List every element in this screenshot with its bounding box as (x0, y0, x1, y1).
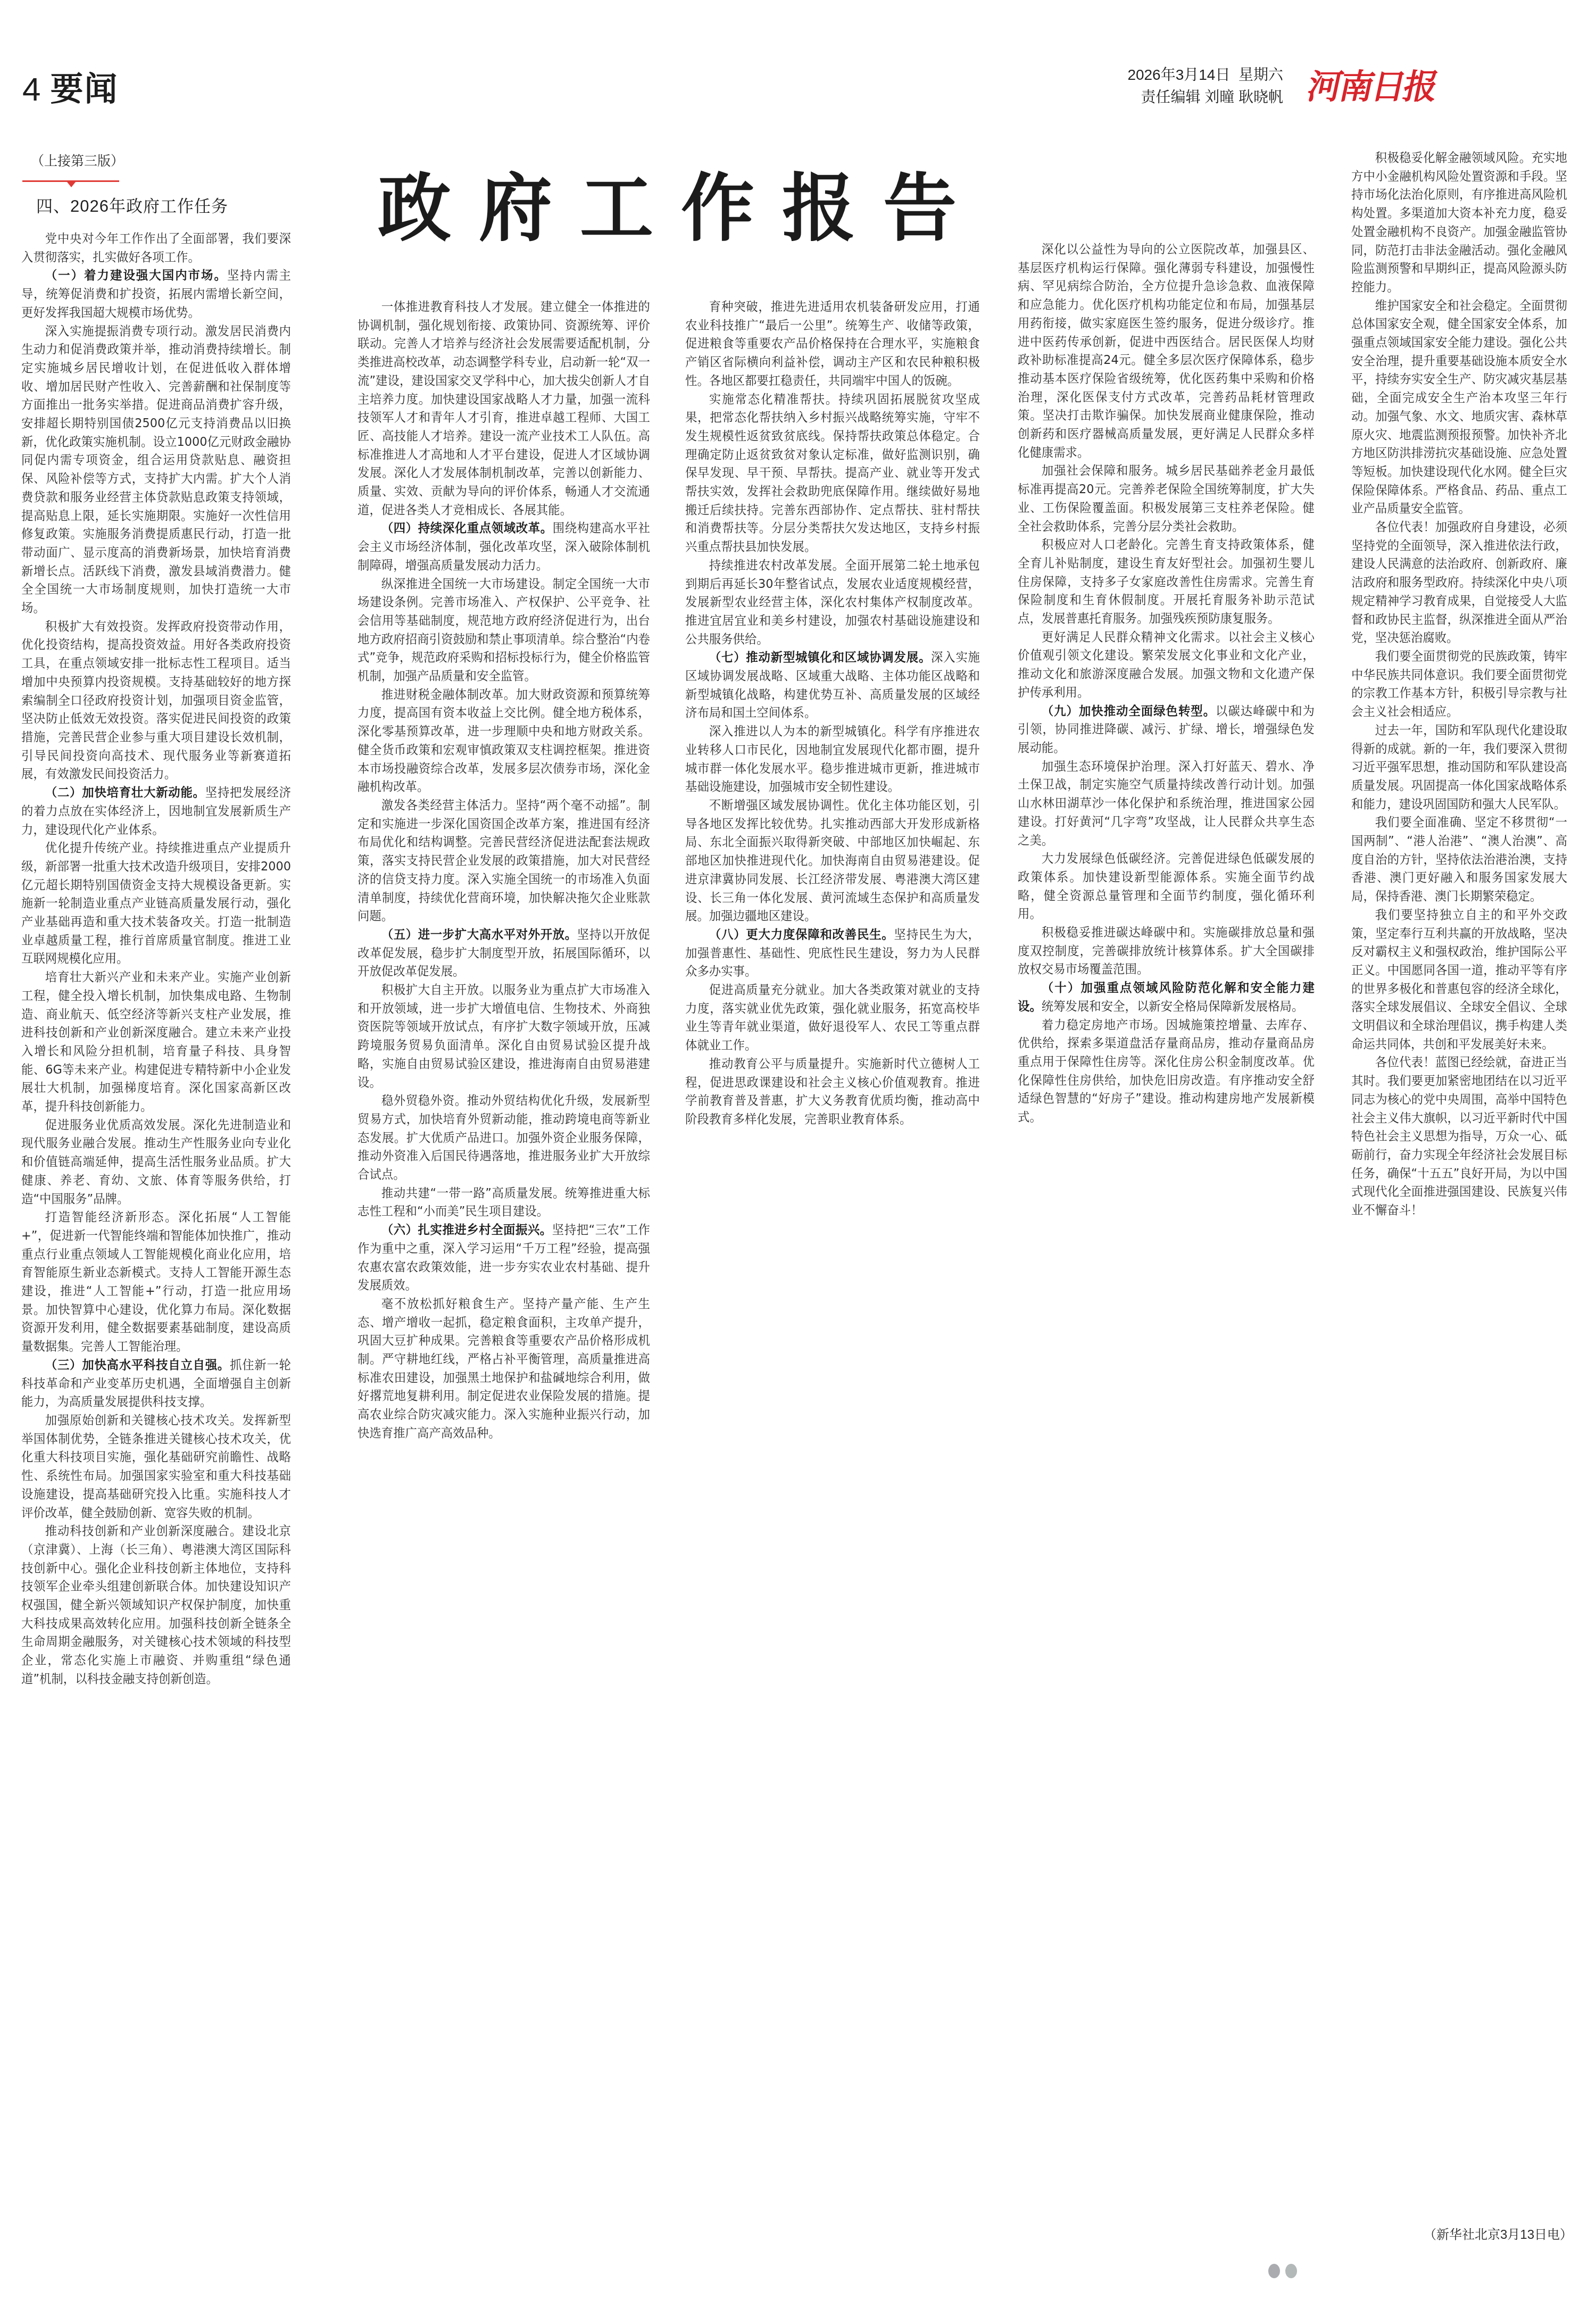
paragraph: 育种突破，推进先进适用农机装备研发应用，打通农业科技推广“最后一公里”。统筹生产… (685, 298, 980, 391)
issue-date: 2026年3月14日 (1127, 67, 1230, 83)
paragraph: 党中央对今年工作作出了全面部署，我们要深入贯彻落实，扎实做好各项工作。 (21, 230, 291, 267)
paragraph-text: 推动科技创新和产业创新深度融合。建设北京（京津冀）、上海（长三角）、粤港澳大湾区… (21, 1524, 291, 1686)
paragraph-text: 党中央对今年工作作出了全面部署，我们要深入贯彻落实，扎实做好各项工作。 (21, 232, 291, 264)
paragraph-text: 积极应对人口老龄化。完善生育支持政策体系，健全育儿补贴制度，建设生育友好型社会。… (1018, 538, 1315, 626)
dot-icon (1285, 2264, 1297, 2278)
section-paragraph: （六）扎实推进乡村全面振兴。坚持把“三农”工作作为重中之重，深入学习运用“千万工… (358, 1221, 650, 1295)
masthead-logo: 河南日报 (1303, 60, 1442, 109)
page-number: 4 (22, 71, 41, 108)
subsection-heading: （五）进一步扩大高水平对外开放。 (381, 928, 577, 942)
text-column-4: 深化以公益性为导向的公立医院改革，加强县区、基层医疗机构运行保障。强化薄弱专科建… (1018, 240, 1315, 2209)
subsection-heading: （四）持续深化重点领域改革。 (381, 521, 553, 535)
paragraph-text: 更好满足人民群众精神文化需求。以社会主义核心价值观引领文化建设。繁荣发展文化事业… (1018, 630, 1315, 700)
section-paragraph: （八）更大力度保障和改善民生。坚持民生为大，加强普惠性、基础性、兜底性民生建设，… (685, 926, 980, 981)
dot-icon (1268, 2264, 1280, 2278)
paragraph-text: 统筹发展和安全，以新安全格局保障新发展格局。 (1042, 1000, 1304, 1014)
section-paragraph: （三）加快高水平科技自立自强。抓住新一轮科技革命和产业变革历史机遇，全面增强自主… (21, 1356, 291, 1412)
paragraph: 纵深推进全国统一大市场建设。制定全国统一大市场建设条例。完善市场准入、产权保护、… (358, 575, 650, 686)
text-column-2: 一体推进教育科技人才发展。建立健全一体推进的协调机制，强化规划衔接、政策协同、资… (358, 298, 650, 2235)
section-paragraph: （七）推动新型城镇化和区域协调发展。深入实施区域协调发展战略、区域重大战略、主体… (685, 649, 980, 723)
paragraph: 积极稳妥推进碳达峰碳中和。实施碳排放总量和强度双控制度，完善碳排放统计核算体系。… (1018, 924, 1315, 979)
subsection-heading: （八）更大力度保障和改善民生。 (709, 928, 894, 942)
paragraph-text: 纵深推进全国统一大市场建设。制定全国统一大市场建设条例。完善市场准入、产权保护、… (358, 577, 650, 684)
section-paragraph: （一）着力建设强大国内市场。坚持内需主导，统筹促消费和扩投资，拓展内需增长新空间… (21, 267, 291, 322)
issue-meta: 2026年3月14日 星期六 责任编辑 刘曈 耿晓帆 (1127, 64, 1283, 109)
editor-label: 责任编辑 (1141, 89, 1200, 105)
paragraph-text: 深化以公益性为导向的公立医院改革，加强县区、基层医疗机构运行保障。强化薄弱专科建… (1018, 243, 1315, 460)
continued-note: （上接第三版） (31, 151, 124, 170)
paragraph: 各位代表！加强政府自身建设，必须坚持党的全面领导，深入推进依法行政，建设人民满意… (1351, 518, 1567, 647)
headline-block: 政府工作报告 (330, 160, 1032, 245)
paragraph-text: 深入实施提振消费专项行动。激发居民消费内生动力和促消费政策并举，推动消费持续增长… (21, 325, 291, 616)
paragraph-text: 大力发展绿色低碳经济。完善促进绿色低碳发展的政策体系。加快建设新型能源体系。实施… (1018, 852, 1315, 921)
subsection-heading: （一）着力建设强大国内市场。 (45, 269, 227, 283)
paragraph: 过去一年，国防和军队现代化建设取得新的成就。新的一年，我们要深入贯彻习近平强军思… (1351, 721, 1567, 814)
paragraph: 加强生态环境保护治理。深入打好蓝天、碧水、净土保卫战，制定实施空气质量持续改善行… (1018, 758, 1315, 850)
paragraph-text: 深入推进以人为本的新型城镇化。科学有序推进农业转移人口市民化，因地制宜发展现代化… (685, 725, 980, 794)
paragraph: 积极扩大有效投资。发挥政府投资带动作用，优化投资结构，提高投资效益。用好各类政府… (21, 618, 291, 784)
paragraph: 加强原始创新和关键核心技术攻关。发挥新型举国体制优势，全链条推进关键核心技术攻关… (21, 1412, 291, 1522)
paragraph-text: 推动教育公平与质量提升。实施新时代立德树人工程，促进思政课建设和社会主义核心价值… (685, 1057, 980, 1126)
section-paragraph: （四）持续深化重点领域改革。围绕构建高水平社会主义市场经济体制，强化改革攻坚，深… (358, 519, 650, 575)
paragraph-text: 稳外贸稳外资。推动外贸结构优化升级，发展新型贸易方式，加快培育外贸新动能，推动跨… (358, 1094, 650, 1182)
section-paragraph: （五）进一步扩大高水平对外开放。坚持以开放促改革促发展，稳步扩大制度型开放，拓展… (358, 926, 650, 981)
subsection-heading: （六）扎实推进乡村全面振兴。 (381, 1223, 552, 1237)
paragraph-text: 加强社会保障和服务。城乡居民基础养老金月最低标准再提高20元。完善养老保险全国统… (1018, 464, 1315, 533)
paragraph: 推动教育公平与质量提升。实施新时代立德树人工程，促进思政课建设和社会主义核心价值… (685, 1055, 980, 1129)
section-divider-pointer-icon (67, 182, 76, 187)
paragraph-text: 毫不放松抓好粮食生产。坚持产量产能、生产生态、增产增收一起抓，稳定粮食面积，主攻… (358, 1297, 650, 1440)
paragraph: 推进财税金融体制改革。加大财政资源和预算统筹力度，提高国有资本收益上交比例。健全… (358, 686, 650, 796)
paragraph: 积极应对人口老龄化。完善生育支持政策体系，健全育儿补贴制度，建设生育友好型社会。… (1018, 536, 1315, 628)
dateline: （新华社北京3月13日电） (1360, 2224, 1573, 2243)
paragraph-text: 打造智能经济新形态。深化拓展“人工智能+”，促进新一代智能终端和智能体加快推广，… (21, 1210, 291, 1354)
paragraph: 毫不放松抓好粮食生产。坚持产量产能、生产生态、增产增收一起抓，稳定粮食面积，主攻… (358, 1295, 650, 1443)
paragraph: 稳外贸稳外资。推动外贸结构优化升级，发展新型贸易方式，加快培育外贸新动能，推动跨… (358, 1092, 650, 1184)
paragraph: 培育壮大新兴产业和未来产业。实施产业创新工程，健全投入增长机制，加快集成电路、生… (21, 968, 291, 1116)
footer-dots (1268, 2264, 1297, 2278)
paragraph-text: 我们要全面准确、坚定不移贯彻“一国两制”、“港人治港”、“澳人治澳”、高度自治的… (1351, 816, 1567, 903)
subsection-heading: （三）加快高水平科技自立自强。 (45, 1358, 230, 1372)
section-heading: 四、2026年政府工作任务 (36, 193, 228, 217)
section-name: 要闻 (50, 71, 118, 108)
paragraph-text: 育种突破，推进先进适用农机装备研发应用，打通农业科技推广“最后一公里”。统筹生产… (685, 300, 980, 388)
paragraph-text: 我们要全面贯彻党的民族政策，铸牢中华民族共同体意识。我们要全面贯彻党的宗教工作基… (1351, 650, 1567, 719)
paragraph-text: 实施常态化精准帮扶。持续巩固拓展脱贫攻坚成果，把常态化帮扶纳入乡村振兴战略统筹实… (685, 393, 980, 554)
paragraph: 持续推进农村改革发展。全面开展第二轮土地承包到期后再延长30年整省试点，发展农业… (685, 557, 980, 649)
editor-names: 刘曈 耿晓帆 (1204, 89, 1283, 105)
paragraph-text: 我们要坚持独立自主的和平外交政策，坚定奉行互利共赢的开放战略，坚决反对霸权主义和… (1351, 908, 1567, 1051)
paragraph: 促进高质量充分就业。加大各类政策对就业的支持力度，落实就业优先政策，强化就业服务… (685, 981, 980, 1055)
text-column-5: 积极稳妥化解金融领域风险。充实地方中小金融机构风险处置资源和手段。坚持市场化法治… (1351, 149, 1567, 2240)
text-column-1: 党中央对今年工作作出了全面部署，我们要深入贯彻落实，扎实做好各项工作。（一）着力… (21, 230, 291, 2209)
section-paragraph: （九）加快推动全面绿色转型。以碳达峰碳中和为引领，协同推进降碳、减污、扩绿、增长… (1018, 702, 1315, 758)
paragraph-text: 一体推进教育科技人才发展。建立健全一体推进的协调机制，强化规划衔接、政策协同、资… (358, 300, 650, 517)
subsection-heading: （七）推动新型城镇化和区域协调发展。 (709, 651, 931, 665)
paragraph-text: 加强生态环境保护治理。深入打好蓝天、碧水、净土保卫战，制定实施空气质量持续改善行… (1018, 760, 1315, 848)
page-number-section: 4要闻 (22, 63, 119, 110)
paragraph: 加强社会保障和服务。城乡居民基础养老金月最低标准再提高20元。完善养老保险全国统… (1018, 462, 1315, 536)
paragraph-text: 推进财税金融体制改革。加大财政资源和预算统筹力度，提高国有资本收益上交比例。健全… (358, 688, 650, 794)
editors-line: 责任编辑 刘曈 耿晓帆 (1127, 86, 1283, 109)
paragraph: 我们要全面贯彻党的民族政策，铸牢中华民族共同体意识。我们要全面贯彻党的宗教工作基… (1351, 647, 1567, 721)
paragraph: 实施常态化精准帮扶。持续巩固拓展脱贫攻坚成果，把常态化帮扶纳入乡村振兴战略统筹实… (685, 391, 980, 557)
text-column-3: 育种突破，推进先进适用农机装备研发应用，打通农业科技推广“最后一公里”。统筹生产… (685, 298, 980, 2235)
paragraph: 积极扩大自主开放。以服务业为重点扩大市场准入和开放领域，进一步扩大增值电信、生物… (358, 981, 650, 1092)
paragraph: 深化以公益性为导向的公立医院改革，加强县区、基层医疗机构运行保障。强化薄弱专科建… (1018, 240, 1315, 462)
paragraph-text: 促进高质量充分就业。加大各类政策对就业的支持力度，落实就业优先政策，强化就业服务… (685, 983, 980, 1052)
paragraph-text: 各位代表！加强政府自身建设，必须坚持党的全面领导，深入推进依法行政，建设人民满意… (1351, 520, 1567, 645)
paragraph: 激发各类经营主体活力。坚持“两个毫不动摇”。制定和实施进一步深化国资国企改革方案… (358, 796, 650, 926)
paragraph-text: 积极扩大有效投资。发挥政府投资带动作用，优化投资结构，提高投资效益。用好各类政府… (21, 620, 291, 782)
paragraph: 更好满足人民群众精神文化需求。以社会主义核心价值观引领文化建设。繁荣发展文化事业… (1018, 628, 1315, 702)
paragraph: 深入推进以人为本的新型城镇化。科学有序推进农业转移人口市民化，因地制宜发展现代化… (685, 723, 980, 796)
section-paragraph: （十）加强重点领域风险防范化解和安全能力建设。统筹发展和安全，以新安全格局保障新… (1018, 979, 1315, 1016)
paragraph-text: 激发各类经营主体活力。坚持“两个毫不动摇”。制定和实施进一步深化国资国企改革方案… (358, 799, 650, 923)
paragraph: 深入实施提振消费专项行动。激发居民消费内生动力和促消费政策并举，推动消费持续增长… (21, 322, 291, 618)
paragraph-text: 过去一年，国防和军队现代化建设取得新的成就。新的一年，我们要深入贯彻习近平强军思… (1351, 724, 1567, 811)
paragraph-text: 加强原始创新和关键核心技术攻关。发挥新型举国体制优势，全链条推进关键核心技术攻关… (21, 1414, 291, 1520)
paragraph-text: 维护国家安全和社会稳定。全面贯彻总体国家安全观，健全国家安全体系，加强重点领域国… (1351, 299, 1567, 516)
paragraph: 促进服务业优质高效发展。深化先进制造业和现代服务业融合发展。推动生产性服务业向专… (21, 1116, 291, 1209)
issue-weekday: 星期六 (1238, 67, 1283, 83)
paragraph: 着力稳定房地产市场。因城施策控增量、去库存、优供给，探索多渠道盘活存量商品房，推… (1018, 1016, 1315, 1127)
subsection-heading: （二）加快培育壮大新动能。 (45, 786, 205, 800)
paragraph-text: 积极稳妥化解金融领域风险。充实地方中小金融机构风险处置资源和手段。坚持市场化法治… (1351, 151, 1567, 294)
paragraph: 各位代表！蓝图已经绘就，奋进正当其时。我们要更加紧密地团结在以习近平同志为核心的… (1351, 1053, 1567, 1219)
subsection-heading: （九）加快推动全面绿色转型。 (1042, 704, 1216, 718)
paragraph-text: 持续推进农村改革发展。全面开展第二轮土地承包到期后再延长30年整省试点，发展农业… (685, 559, 980, 646)
paragraph: 一体推进教育科技人才发展。建立健全一体推进的协调机制，强化规划衔接、政策协同、资… (358, 298, 650, 519)
paragraph-text: 推动共建“一带一路”高质量发展。统筹推进重大标志性工程和“小而美”民生项目建设。 (358, 1186, 650, 1219)
paragraph: 推动共建“一带一路”高质量发展。统筹推进重大标志性工程和“小而美”民生项目建设。 (358, 1184, 650, 1221)
paragraph-text: 积极稳妥推进碳达峰碳中和。实施碳排放总量和强度双控制度，完善碳排放统计核算体系。… (1018, 926, 1315, 976)
paragraph-text: 不断增强区域发展协调性。优化主体功能区划，引导各地区发挥比较优势。扎实推动西部大… (685, 799, 980, 923)
headline: 政府工作报告 (378, 150, 984, 255)
paragraph: 打造智能经济新形态。深化拓展“人工智能+”，促进新一代智能终端和智能体加快推广，… (21, 1208, 291, 1356)
issue-date-line: 2026年3月14日 星期六 (1127, 64, 1283, 86)
paragraph: 我们要坚持独立自主的和平外交政策，坚定奉行互利共赢的开放战略，坚决反对霸权主义和… (1351, 906, 1567, 1054)
paragraph-text: 积极扩大自主开放。以服务业为重点扩大市场准入和开放领域，进一步扩大增值电信、生物… (358, 983, 650, 1090)
paragraph: 推动科技创新和产业创新深度融合。建设北京（京津冀）、上海（长三角）、粤港澳大湾区… (21, 1522, 291, 1688)
paragraph-text: 培育壮大新兴产业和未来产业。实施产业创新工程，健全投入增长机制，加快集成电路、生… (21, 970, 291, 1114)
paragraph-text: 促进服务业优质高效发展。深化先进制造业和现代服务业融合发展。推动生产性服务业向专… (21, 1118, 291, 1206)
paragraph-text: 着力稳定房地产市场。因城施策控增量、去库存、优供给，探索多渠道盘活存量商品房，推… (1018, 1018, 1315, 1125)
paragraph: 积极稳妥化解金融领域风险。充实地方中小金融机构风险处置资源和手段。坚持市场化法治… (1351, 149, 1567, 297)
paragraph-text: 各位代表！蓝图已经绘就，奋进正当其时。我们要更加紧密地团结在以习近平同志为核心的… (1351, 1056, 1567, 1217)
paragraph: 优化提升传统产业。持续推进重点产业提质升级，新部署一批重大技术改造升级项目，安排… (21, 839, 291, 968)
paragraph: 我们要全面准确、坚定不移贯彻“一国两制”、“港人治港”、“澳人治澳”、高度自治的… (1351, 813, 1567, 906)
page-header: 4要闻 2026年3月14日 星期六 责任编辑 刘曈 耿晓帆 河南日报 (0, 0, 1596, 106)
paragraph: 维护国家安全和社会稳定。全面贯彻总体国家安全观，健全国家安全体系，加强重点领域国… (1351, 297, 1567, 518)
paragraph: 不断增强区域发展协调性。优化主体功能区划，引导各地区发挥比较优势。扎实推动西部大… (685, 796, 980, 926)
section-paragraph: （二）加快培育壮大新动能。坚持把发展经济的着力点放在实体经济上，因地制宜发展新质… (21, 784, 291, 839)
paragraph: 大力发展绿色低碳经济。完善促进绿色低碳发展的政策体系。加快建设新型能源体系。实施… (1018, 850, 1315, 924)
paragraph-text: 优化提升传统产业。持续推进重点产业提质升级，新部署一批重大技术改造升级项目，安排… (21, 841, 291, 966)
